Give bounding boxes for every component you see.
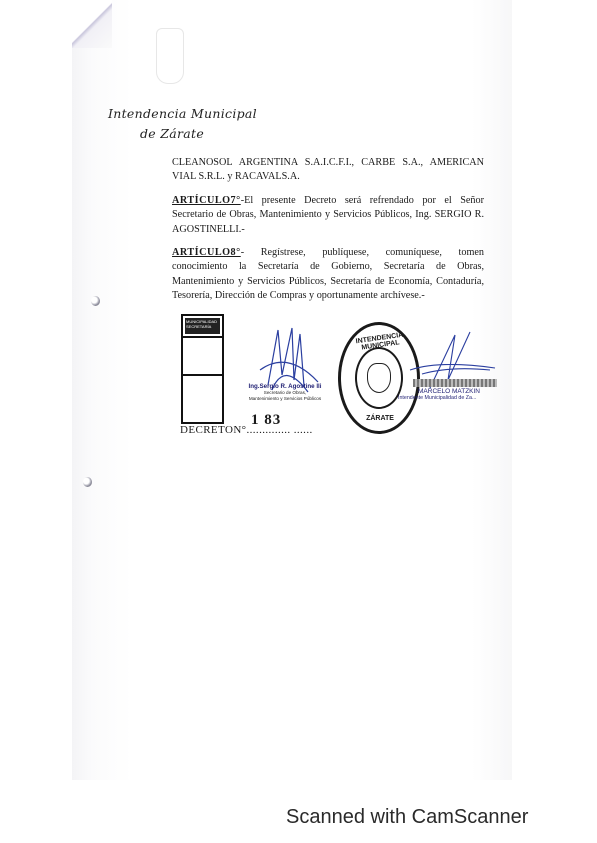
secretary-caption: Ing.Sergio R. Agostine lli Secretario de…	[244, 383, 326, 402]
mayor-role: Intendente Municipalidad de Za...	[398, 395, 508, 401]
registration-stamp-box: MUNICIPALIDAD SECRETARÍA	[181, 314, 224, 424]
paragraph-article-7: ARTÍCULO7°-El presente Decreto será refr…	[172, 194, 484, 237]
decree-number: 1 83	[251, 412, 281, 429]
camscanner-watermark: Scanned with CamScanner	[286, 806, 528, 829]
paragraph-article-8: ARTÍCULO8°- Regístrese, publíquese, comu…	[172, 246, 484, 304]
decree-label: DECRETON°.............. ......	[180, 424, 313, 436]
redacted-bar	[413, 379, 497, 387]
mayor-name: MARCELO MATZKIN	[398, 388, 508, 395]
stamp-box-cell	[183, 374, 222, 412]
letterhead-line2: de Zárate	[108, 124, 257, 144]
stamp-box-cell	[183, 336, 222, 374]
article-label: ARTÍCULO7°	[172, 195, 241, 206]
secretary-name: Ing.Sergio R. Agostine lli	[244, 383, 326, 390]
decree-body: CLEANOSOL ARGENTINA S.A.I.C.F.I., CARBE …	[172, 156, 484, 313]
coat-of-arms-icon	[156, 28, 184, 84]
paragraph-text: CLEANOSOL ARGENTINA S.A.I.C.F.I., CARBE …	[172, 157, 484, 182]
article-label: ARTÍCULO8°	[172, 247, 241, 258]
letterhead-line1: Intendencia Municipal	[108, 106, 257, 121]
punch-hole-icon	[83, 477, 92, 487]
page-corner-fold	[72, 0, 112, 48]
stamp-box-header: MUNICIPALIDAD SECRETARÍA	[185, 318, 220, 334]
argentine-emblem-icon	[367, 363, 391, 393]
secretary-role-line2: Mantenimiento y Servicios Públicos	[244, 396, 326, 402]
paragraph-companies: CLEANOSOL ARGENTINA S.A.I.C.F.I., CARBE …	[172, 156, 484, 185]
punch-hole-icon	[91, 296, 100, 306]
letterhead: Intendencia Municipal de Zárate	[108, 104, 257, 144]
decree-number-line: DECRETON°.............. ...... 1 83	[180, 424, 313, 436]
seal-bottom-text: ZÁRATE	[353, 415, 407, 422]
mayor-caption: MARCELO MATZKIN Intendente Municipalidad…	[398, 388, 508, 401]
seal-inner-ring	[355, 347, 403, 409]
